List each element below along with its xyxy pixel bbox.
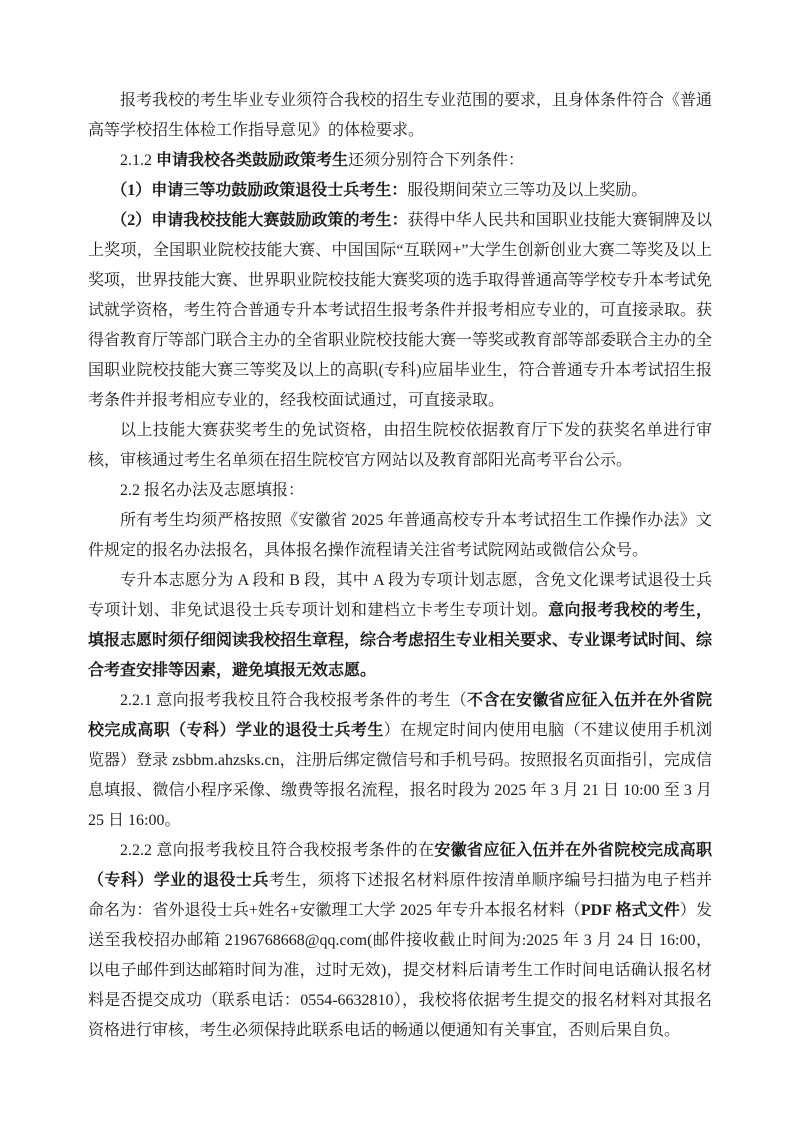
- text-run: 获得中华人民共和国职业技能大赛铜牌及以上奖项，全国职业院校技能大赛、中国国际“互…: [88, 212, 712, 409]
- text-run: ）发送至我校招办邮箱 2196768668@qq.com(邮件接收截止时间为:2…: [88, 902, 712, 1039]
- paragraph-volunteer: 专升本志愿分为 A 段和 B 段，其中 A 段为专项计划志愿，含免文化课考试退役…: [88, 566, 712, 686]
- text-run: 以上技能大赛获奖考生的免试资格，由招生院校依据教育厅下发的获奖名单进行审核，审核…: [88, 422, 712, 469]
- text-run: 2.1.2: [120, 152, 156, 169]
- paragraph-section-2-2: 2.2 报名办法及志愿填报：: [88, 476, 712, 506]
- paragraph-exemption-review: 以上技能大赛获奖考生的免试资格，由招生院校依据教育厅下发的获奖名单进行审核，审核…: [88, 416, 712, 476]
- paragraph-section-2-2-2: 2.2.2 意向报考我校且符合我校报考条件的在安徽省应征入伍并在外省院校完成高职…: [88, 836, 712, 1046]
- bold-emphasis: 申请我校各类鼓励政策考生: [156, 152, 348, 169]
- paragraph-section-2-2-1: 2.2.1 意向报考我校且符合我校报考条件的考生（不含在安徽省应征入伍并在外省院…: [88, 686, 712, 836]
- text-run: 2.2.1 意向报考我校且符合我校报考条件的考生（: [120, 692, 467, 709]
- paragraph-item-2: （2）申请我校技能大赛鼓励政策的考生：获得中华人民共和国职业技能大赛铜牌及以上奖…: [88, 206, 712, 416]
- text-run: 服役期间荣立三等功及以上奖励。: [407, 182, 647, 199]
- text-run: 报考我校的考生毕业专业须符合我校的招生专业范围的要求，且身体条件符合《普通高等学…: [88, 92, 712, 139]
- bold-emphasis: （2）申请我校技能大赛鼓励政策的考生：: [111, 212, 407, 229]
- paragraph-registration-method: 所有考生均须严格按照《安徽省 2025 年普通高校专升本考试招生工作操作办法》文…: [88, 506, 712, 566]
- paragraph-intro: 报考我校的考生毕业专业须符合我校的招生专业范围的要求，且身体条件符合《普通高等学…: [88, 86, 712, 146]
- paragraph-item-1: （1）申请三等功鼓励政策退役士兵考生：服役期间荣立三等功及以上奖励。: [88, 176, 712, 206]
- document-page: 报考我校的考生毕业专业须符合我校的招生专业范围的要求，且身体条件符合《普通高等学…: [0, 0, 800, 1132]
- text-run: 2.2.2 意向报考我校且符合我校报考条件的在: [120, 842, 434, 859]
- paragraph-section-2-1-2: 2.1.2 申请我校各类鼓励政策考生还须分别符合下列条件：: [88, 146, 712, 176]
- text-run: 还须分别符合下列条件：: [348, 152, 524, 169]
- bold-emphasis: PDF 格式文件: [581, 902, 680, 919]
- text-run: 2.2 报名办法及志愿填报：: [120, 482, 304, 499]
- bold-emphasis: （1）申请三等功鼓励政策退役士兵考生：: [111, 182, 407, 199]
- text-run: 所有考生均须严格按照《安徽省 2025 年普通高校专升本考试招生工作操作办法》文…: [88, 512, 712, 559]
